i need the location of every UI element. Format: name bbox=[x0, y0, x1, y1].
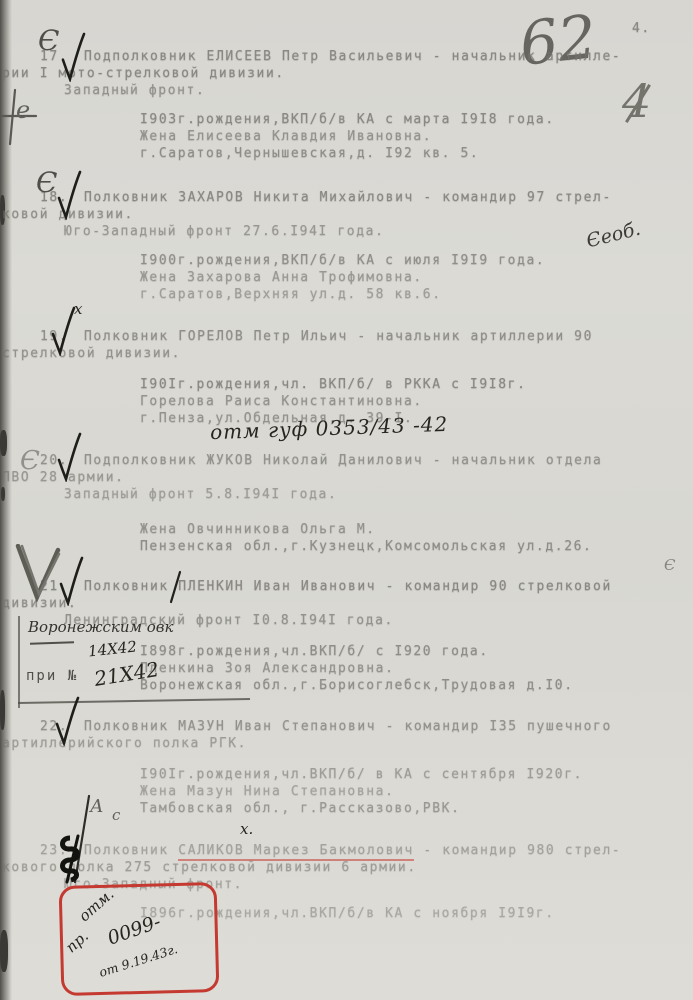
checkmark-icon bbox=[56, 170, 82, 220]
entry-headline: Полковник МАЗУН Иван Степанович - команд… bbox=[84, 719, 612, 734]
detail-line: Горелова Раиса Константиновна. bbox=[0, 393, 693, 410]
entry-19: 19.Полковник ГОРЕЛОВ Петр Ильич - началь… bbox=[0, 328, 693, 427]
entry-17: 17.Подполковник ЕЛИСЕЕВ Петр Васильевич … bbox=[0, 48, 693, 162]
detail-line: I90Iг.рождения,чл.ВКП/б/ в КА с сентября… bbox=[0, 766, 693, 783]
stamp-border-line bbox=[18, 616, 20, 708]
checkmark-icon bbox=[56, 432, 82, 482]
big-pencil-v-mark bbox=[14, 544, 62, 602]
detail-line: г.Саратов,Чернышевская,д. I92 кв. 5. bbox=[0, 145, 693, 162]
checkmark-icon bbox=[54, 696, 80, 746]
detail-line: г.Саратов,Верхняя ул.д. 58 кв.6. bbox=[0, 286, 693, 303]
detail-line: Жена Елисеева Клавдия Ивановна. bbox=[0, 128, 693, 145]
ink-scribble-blob bbox=[56, 834, 84, 884]
front-line: Западный фронт 5.8.I94I года. bbox=[0, 486, 693, 503]
margin-e-mark-right: Є bbox=[664, 556, 675, 574]
stamp-date-handwriting: 14Х42 bbox=[87, 637, 137, 660]
red-annotation-box: отм. пр. 0099- от 9.19.43г. bbox=[59, 882, 220, 996]
entry-headline: Подполковник ЖУКОВ Николай Данилович - н… bbox=[84, 453, 602, 468]
checkmark-icon bbox=[60, 32, 86, 82]
entry-details: I903г.рождения,ВКП/б/в КА с марта I9I8 г… bbox=[0, 111, 693, 162]
a-pencil-mark: А bbox=[90, 796, 104, 817]
detail-line: Жена Захарова Анна Трофимовна. bbox=[0, 269, 693, 286]
detail-line: I900г.рождения,ВКП/б/в КА с июля I9I9 го… bbox=[0, 252, 693, 269]
detail-line: Жена Овчинникова Ольга М. bbox=[0, 521, 693, 538]
front-line: Западный фронт. bbox=[0, 82, 693, 99]
scanned-document-page: 62 4. 4 17.Подполковник ЕЛИСЕЕВ Петр Вас… bbox=[0, 0, 693, 1000]
redbox-line: отм. bbox=[75, 885, 117, 925]
entry-headline: Полковник ЗАХАРОВ Никита Михайлович - ко… bbox=[84, 190, 612, 205]
entry-headline: Полковник ГОРЕЛОВ Петр Ильич - начальник… bbox=[84, 329, 593, 344]
detail-line: Пензенская обл.,г.Кузнецк,Комсомольская … bbox=[0, 538, 693, 555]
entry-headline-wrap: дивизии. bbox=[0, 595, 693, 612]
entry-headline-wrap: рии I мото-стрелковой дивизии. bbox=[0, 65, 693, 82]
entry-headline-wrap: ПВО 28 армии. bbox=[0, 469, 693, 486]
entry-headline: - командир 980 стрел- bbox=[414, 843, 621, 858]
entry-headline: Полковник ПЛЕНКИН Иван Иванович - команд… bbox=[84, 579, 612, 594]
entry-headline-wrap: артиллерийского полка РГК. bbox=[0, 735, 693, 752]
margin-e-mark: Є bbox=[20, 446, 40, 476]
slash-mark-icon bbox=[168, 570, 182, 604]
entry-headline-wrap: стрелковой дивизии. bbox=[0, 345, 693, 362]
entry-20: 20.Подполковник ЖУКОВ Николай Данилович … bbox=[0, 452, 693, 555]
entry-details: Жена Овчинникова Ольга М. Пензенская обл… bbox=[0, 521, 693, 555]
detail-line: I90Iг.рождения,чл. ВКП/б/ в РККА с I9I8г… bbox=[0, 376, 693, 393]
stamp-underline bbox=[18, 698, 250, 704]
entry-details: I900г.рождения,ВКП/б/в КА с июля I9I9 го… bbox=[0, 252, 693, 303]
detail-line: I903г.рождения,ВКП/б/в КА с марта I9I8 г… bbox=[0, 111, 693, 128]
checkmark-icon bbox=[58, 556, 84, 606]
x-dot-mark: х. bbox=[240, 820, 253, 838]
stamp-org-handwriting: Воронежским овк bbox=[28, 618, 173, 636]
entry-headline-wrap: кового полка 275 стрелковой дивизии 6 ар… bbox=[0, 859, 693, 876]
redbox-line: 0099- bbox=[105, 911, 164, 950]
c-pencil-mark: с bbox=[112, 806, 120, 824]
redbox-line: от 9.19.43г. bbox=[97, 941, 179, 980]
entry-headline: Подполковник ЕЛИСЕЕВ Петр Васильевич - н… bbox=[84, 49, 621, 64]
x-mark: х bbox=[74, 300, 82, 318]
checkmark-icon bbox=[50, 306, 76, 356]
typed-page-number: 4. bbox=[632, 20, 651, 37]
stamp-date-handwriting: 21Х42 bbox=[93, 657, 161, 691]
margin-e-mark: Є bbox=[38, 24, 59, 57]
entry-rank: Полковник bbox=[84, 843, 178, 858]
cross-e-mark: е bbox=[16, 96, 30, 124]
entry-headline-wrap: ковой дивизии. bbox=[0, 206, 693, 223]
redbox-line: пр. bbox=[62, 927, 92, 956]
stamp-typed-label: при № bbox=[26, 668, 78, 684]
scan-edge-blob bbox=[0, 930, 8, 972]
stamp-underline bbox=[30, 641, 74, 644]
margin-e-mark: Є bbox=[36, 166, 57, 199]
